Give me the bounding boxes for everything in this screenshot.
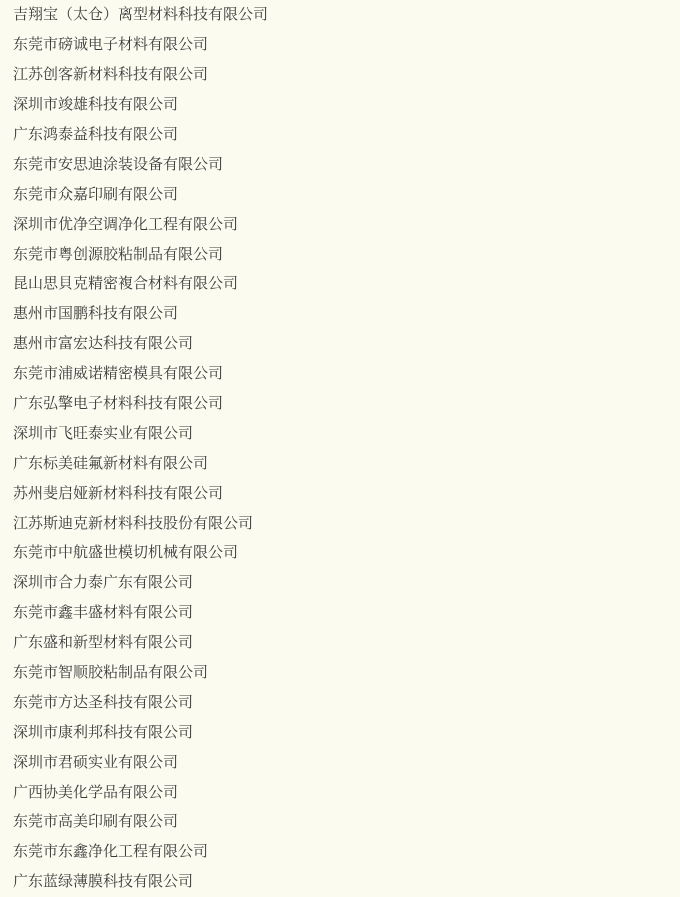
company-list-item[interactable]: 东莞市磅诚电子材料有限公司 xyxy=(0,30,680,60)
company-list-item[interactable]: 广东弘擎电子材料科技有限公司 xyxy=(0,389,680,419)
company-list-item[interactable]: 深圳市君硕实业有限公司 xyxy=(0,747,680,777)
company-name: 东莞市高美印刷有限公司 xyxy=(13,814,178,829)
company-list-item[interactable]: 东莞市高美印刷有限公司 xyxy=(0,807,680,837)
company-list-item[interactable]: 东莞市鑫丰盛材料有限公司 xyxy=(0,598,680,628)
company-name: 昆山思貝克精密複合材料有限公司 xyxy=(13,276,238,291)
company-list-item[interactable]: 东莞市中航盛世模切机械有限公司 xyxy=(0,538,680,568)
company-list-item[interactable]: 东莞市智顺胶粘制品有限公司 xyxy=(0,658,680,688)
company-list-item[interactable]: 东莞市安思迪涂装设备有限公司 xyxy=(0,149,680,179)
company-list: 吉翔宝（太仓）离型材料科技有限公司 东莞市磅诚电子材料有限公司 江苏创客新材料科… xyxy=(0,0,680,897)
company-name: 广东盛和新型材料有限公司 xyxy=(13,635,193,650)
company-list-item[interactable]: 广东盛和新型材料有限公司 xyxy=(0,628,680,658)
company-list-item[interactable]: 广东标美硅氟新材料有限公司 xyxy=(0,448,680,478)
company-name: 广东弘擎电子材料科技有限公司 xyxy=(13,396,223,411)
company-list-item[interactable]: 深圳市飞旺泰实业有限公司 xyxy=(0,418,680,448)
company-list-item[interactable]: 广东蓝绿薄膜科技有限公司 xyxy=(0,867,680,897)
company-list-item[interactable]: 吉翔宝（太仓）离型材料科技有限公司 xyxy=(0,0,680,30)
company-name: 深圳市君硕实业有限公司 xyxy=(13,755,178,770)
company-name: 东莞市安思迪涂装设备有限公司 xyxy=(13,157,223,172)
company-name: 广西协美化学品有限公司 xyxy=(13,785,178,800)
company-list-item[interactable]: 东莞市方达圣科技有限公司 xyxy=(0,687,680,717)
company-name: 深圳市飞旺泰实业有限公司 xyxy=(13,426,193,441)
company-list-item[interactable]: 江苏创客新材料科技有限公司 xyxy=(0,60,680,90)
company-name: 广东鸿泰益科技有限公司 xyxy=(13,127,178,142)
company-name: 惠州市富宏达科技有限公司 xyxy=(13,336,193,351)
company-list-item[interactable]: 深圳市合力泰广东有限公司 xyxy=(0,568,680,598)
company-list-item[interactable]: 广西协美化学品有限公司 xyxy=(0,777,680,807)
company-list-item[interactable]: 广东鸿泰益科技有限公司 xyxy=(0,120,680,150)
company-list-item[interactable]: 东莞市浦威诺精密模具有限公司 xyxy=(0,359,680,389)
company-name: 东莞市粤创源胶粘制品有限公司 xyxy=(13,247,223,262)
company-name: 深圳市优净空调净化工程有限公司 xyxy=(13,217,238,232)
company-list-item[interactable]: 东莞市东鑫净化工程有限公司 xyxy=(0,837,680,867)
company-name: 东莞市鑫丰盛材料有限公司 xyxy=(13,605,193,620)
company-list-item[interactable]: 深圳市康利邦科技有限公司 xyxy=(0,717,680,747)
company-list-item[interactable]: 深圳市优净空调净化工程有限公司 xyxy=(0,209,680,239)
company-list-item[interactable]: 东莞市众嘉印刷有限公司 xyxy=(0,179,680,209)
company-list-item[interactable]: 苏州斐启娅新材料科技有限公司 xyxy=(0,478,680,508)
company-list-item[interactable]: 惠州市富宏达科技有限公司 xyxy=(0,329,680,359)
company-name: 深圳市合力泰广东有限公司 xyxy=(13,575,193,590)
company-name: 吉翔宝（太仓）离型材料科技有限公司 xyxy=(13,7,268,22)
company-name: 江苏斯迪克新材料科技股份有限公司 xyxy=(13,516,253,531)
company-name: 广东标美硅氟新材料有限公司 xyxy=(13,456,208,471)
company-name: 广东蓝绿薄膜科技有限公司 xyxy=(13,874,193,889)
company-name: 苏州斐启娅新材料科技有限公司 xyxy=(13,486,223,501)
company-name: 东莞市众嘉印刷有限公司 xyxy=(13,187,178,202)
company-name: 东莞市磅诚电子材料有限公司 xyxy=(13,37,208,52)
company-list-item[interactable]: 江苏斯迪克新材料科技股份有限公司 xyxy=(0,508,680,538)
company-name: 深圳市竣雄科技有限公司 xyxy=(13,97,178,112)
company-name: 江苏创客新材料科技有限公司 xyxy=(13,67,208,82)
company-list-item[interactable]: 昆山思貝克精密複合材料有限公司 xyxy=(0,269,680,299)
company-list-item[interactable]: 深圳市竣雄科技有限公司 xyxy=(0,90,680,120)
company-name: 东莞市浦威诺精密模具有限公司 xyxy=(13,366,223,381)
company-name: 惠州市国鹏科技有限公司 xyxy=(13,306,178,321)
company-list-item[interactable]: 东莞市粤创源胶粘制品有限公司 xyxy=(0,239,680,269)
company-list-item[interactable]: 惠州市国鹏科技有限公司 xyxy=(0,299,680,329)
company-name: 东莞市智顺胶粘制品有限公司 xyxy=(13,665,208,680)
company-name: 东莞市东鑫净化工程有限公司 xyxy=(13,844,208,859)
company-name: 东莞市方达圣科技有限公司 xyxy=(13,695,193,710)
company-name: 东莞市中航盛世模切机械有限公司 xyxy=(13,545,238,560)
company-name: 深圳市康利邦科技有限公司 xyxy=(13,725,193,740)
